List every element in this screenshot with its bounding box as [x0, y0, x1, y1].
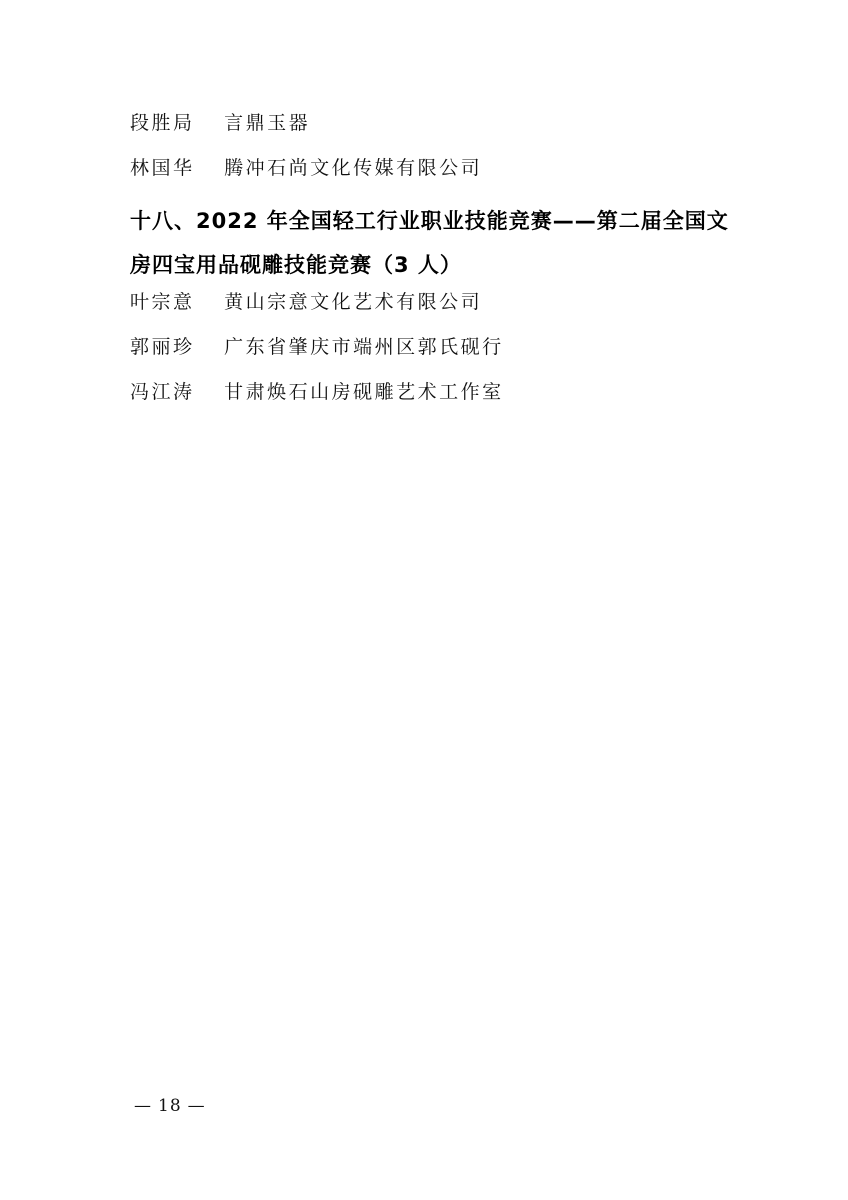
entry-name: 冯江涛 [130, 380, 195, 404]
document-page: 段胜局 言鼎玉器 林国华 腾冲石尚文化传媒有限公司 十八、2022 年全国轻工行… [0, 0, 848, 1200]
entry-organization: 黄山宗意文化艺术有限公司 [224, 290, 482, 314]
entry-row: 叶宗意 黄山宗意文化艺术有限公司 [130, 290, 482, 314]
entry-row: 林国华 腾冲石尚文化传媒有限公司 [130, 156, 482, 180]
page-number-value: 18 [158, 1096, 182, 1116]
page-number-left-dash: — [128, 1096, 158, 1116]
section-heading-line2: 房四宝用品砚雕技能竞赛（3 人） [130, 243, 770, 287]
entry-name: 郭丽珍 [130, 335, 195, 359]
entry-name: 段胜局 [130, 111, 195, 135]
page-number: —18— [128, 1096, 212, 1116]
entry-organization: 腾冲石尚文化传媒有限公司 [224, 156, 482, 180]
section-heading-line1: 十八、2022 年全国轻工行业职业技能竞赛——第二届全国文 [130, 199, 770, 243]
entry-organization: 言鼎玉器 [224, 111, 310, 135]
entry-name: 林国华 [130, 156, 195, 180]
entry-name: 叶宗意 [130, 290, 195, 314]
page-number-right-dash: — [182, 1096, 212, 1116]
entry-organization: 广东省肇庆市端州区郭氏砚行 [224, 335, 504, 359]
entry-row: 段胜局 言鼎玉器 [130, 111, 310, 135]
entry-row: 冯江涛 甘肃焕石山房砚雕艺术工作室 [130, 380, 504, 404]
section-heading: 十八、2022 年全国轻工行业职业技能竞赛——第二届全国文 房四宝用品砚雕技能竞… [130, 199, 770, 287]
entry-organization: 甘肃焕石山房砚雕艺术工作室 [224, 380, 504, 404]
entry-row: 郭丽珍 广东省肇庆市端州区郭氏砚行 [130, 335, 504, 359]
